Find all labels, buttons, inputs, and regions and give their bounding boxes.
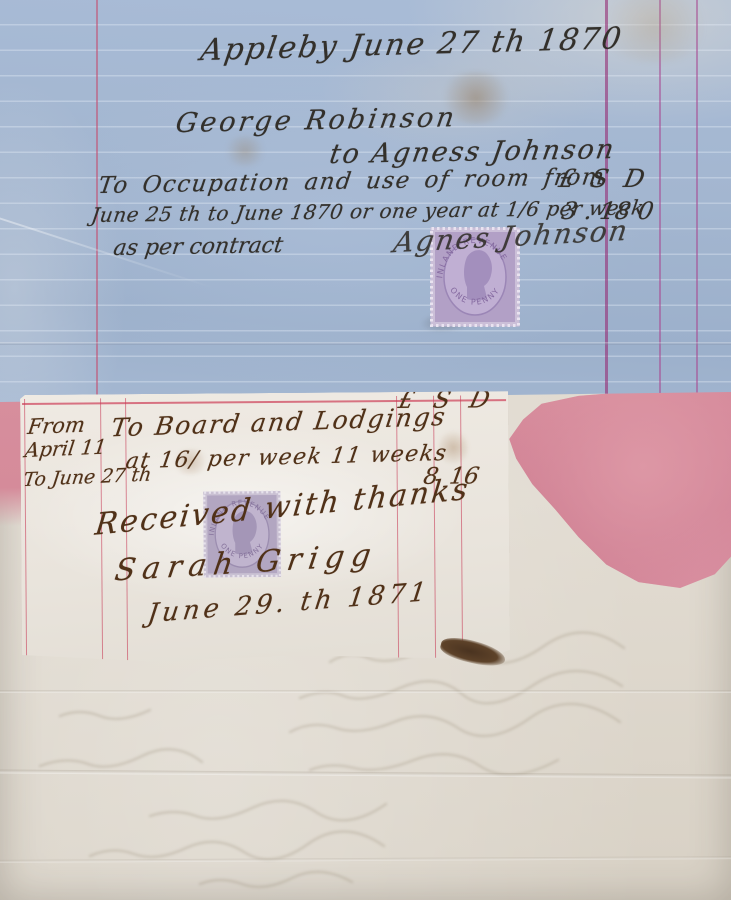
receipt-paper: £ S D From April 11 To June 27 th To Boa… — [20, 391, 510, 663]
receipt-date-line: June 29. th 1871 — [146, 579, 431, 627]
invoice-contract-line: as per contract — [112, 235, 284, 260]
receipt-received-line: Received with thanks — [93, 475, 471, 541]
margin-line-right-3 — [696, 0, 698, 402]
pink-backing-right — [500, 392, 731, 588]
blue-ledger-paper: Appleby June 27 th 1870 George Robinson … — [0, 0, 731, 402]
page-root: Appleby June 27 th 1870 George Robinson … — [0, 0, 731, 900]
show-through-writing — [0, 620, 731, 900]
receipt-signature: Sarah Grigg — [113, 540, 380, 586]
receipt-margin-line-5 — [433, 396, 436, 658]
receipt-margin-line-4 — [396, 396, 399, 658]
invoice-currency-header: £ S D — [557, 166, 647, 191]
margin-line-right-2 — [659, 0, 661, 402]
receipt-margin-from: From — [26, 414, 86, 438]
receipt-rate-line: at 16/ per week 11 weeks — [124, 443, 449, 473]
margin-line-left — [96, 0, 98, 402]
invoice-debtor: George Robinson — [174, 104, 459, 137]
receipt-margin-line-6 — [460, 396, 463, 658]
receipt-margin-from-date: April 11 — [24, 436, 108, 460]
